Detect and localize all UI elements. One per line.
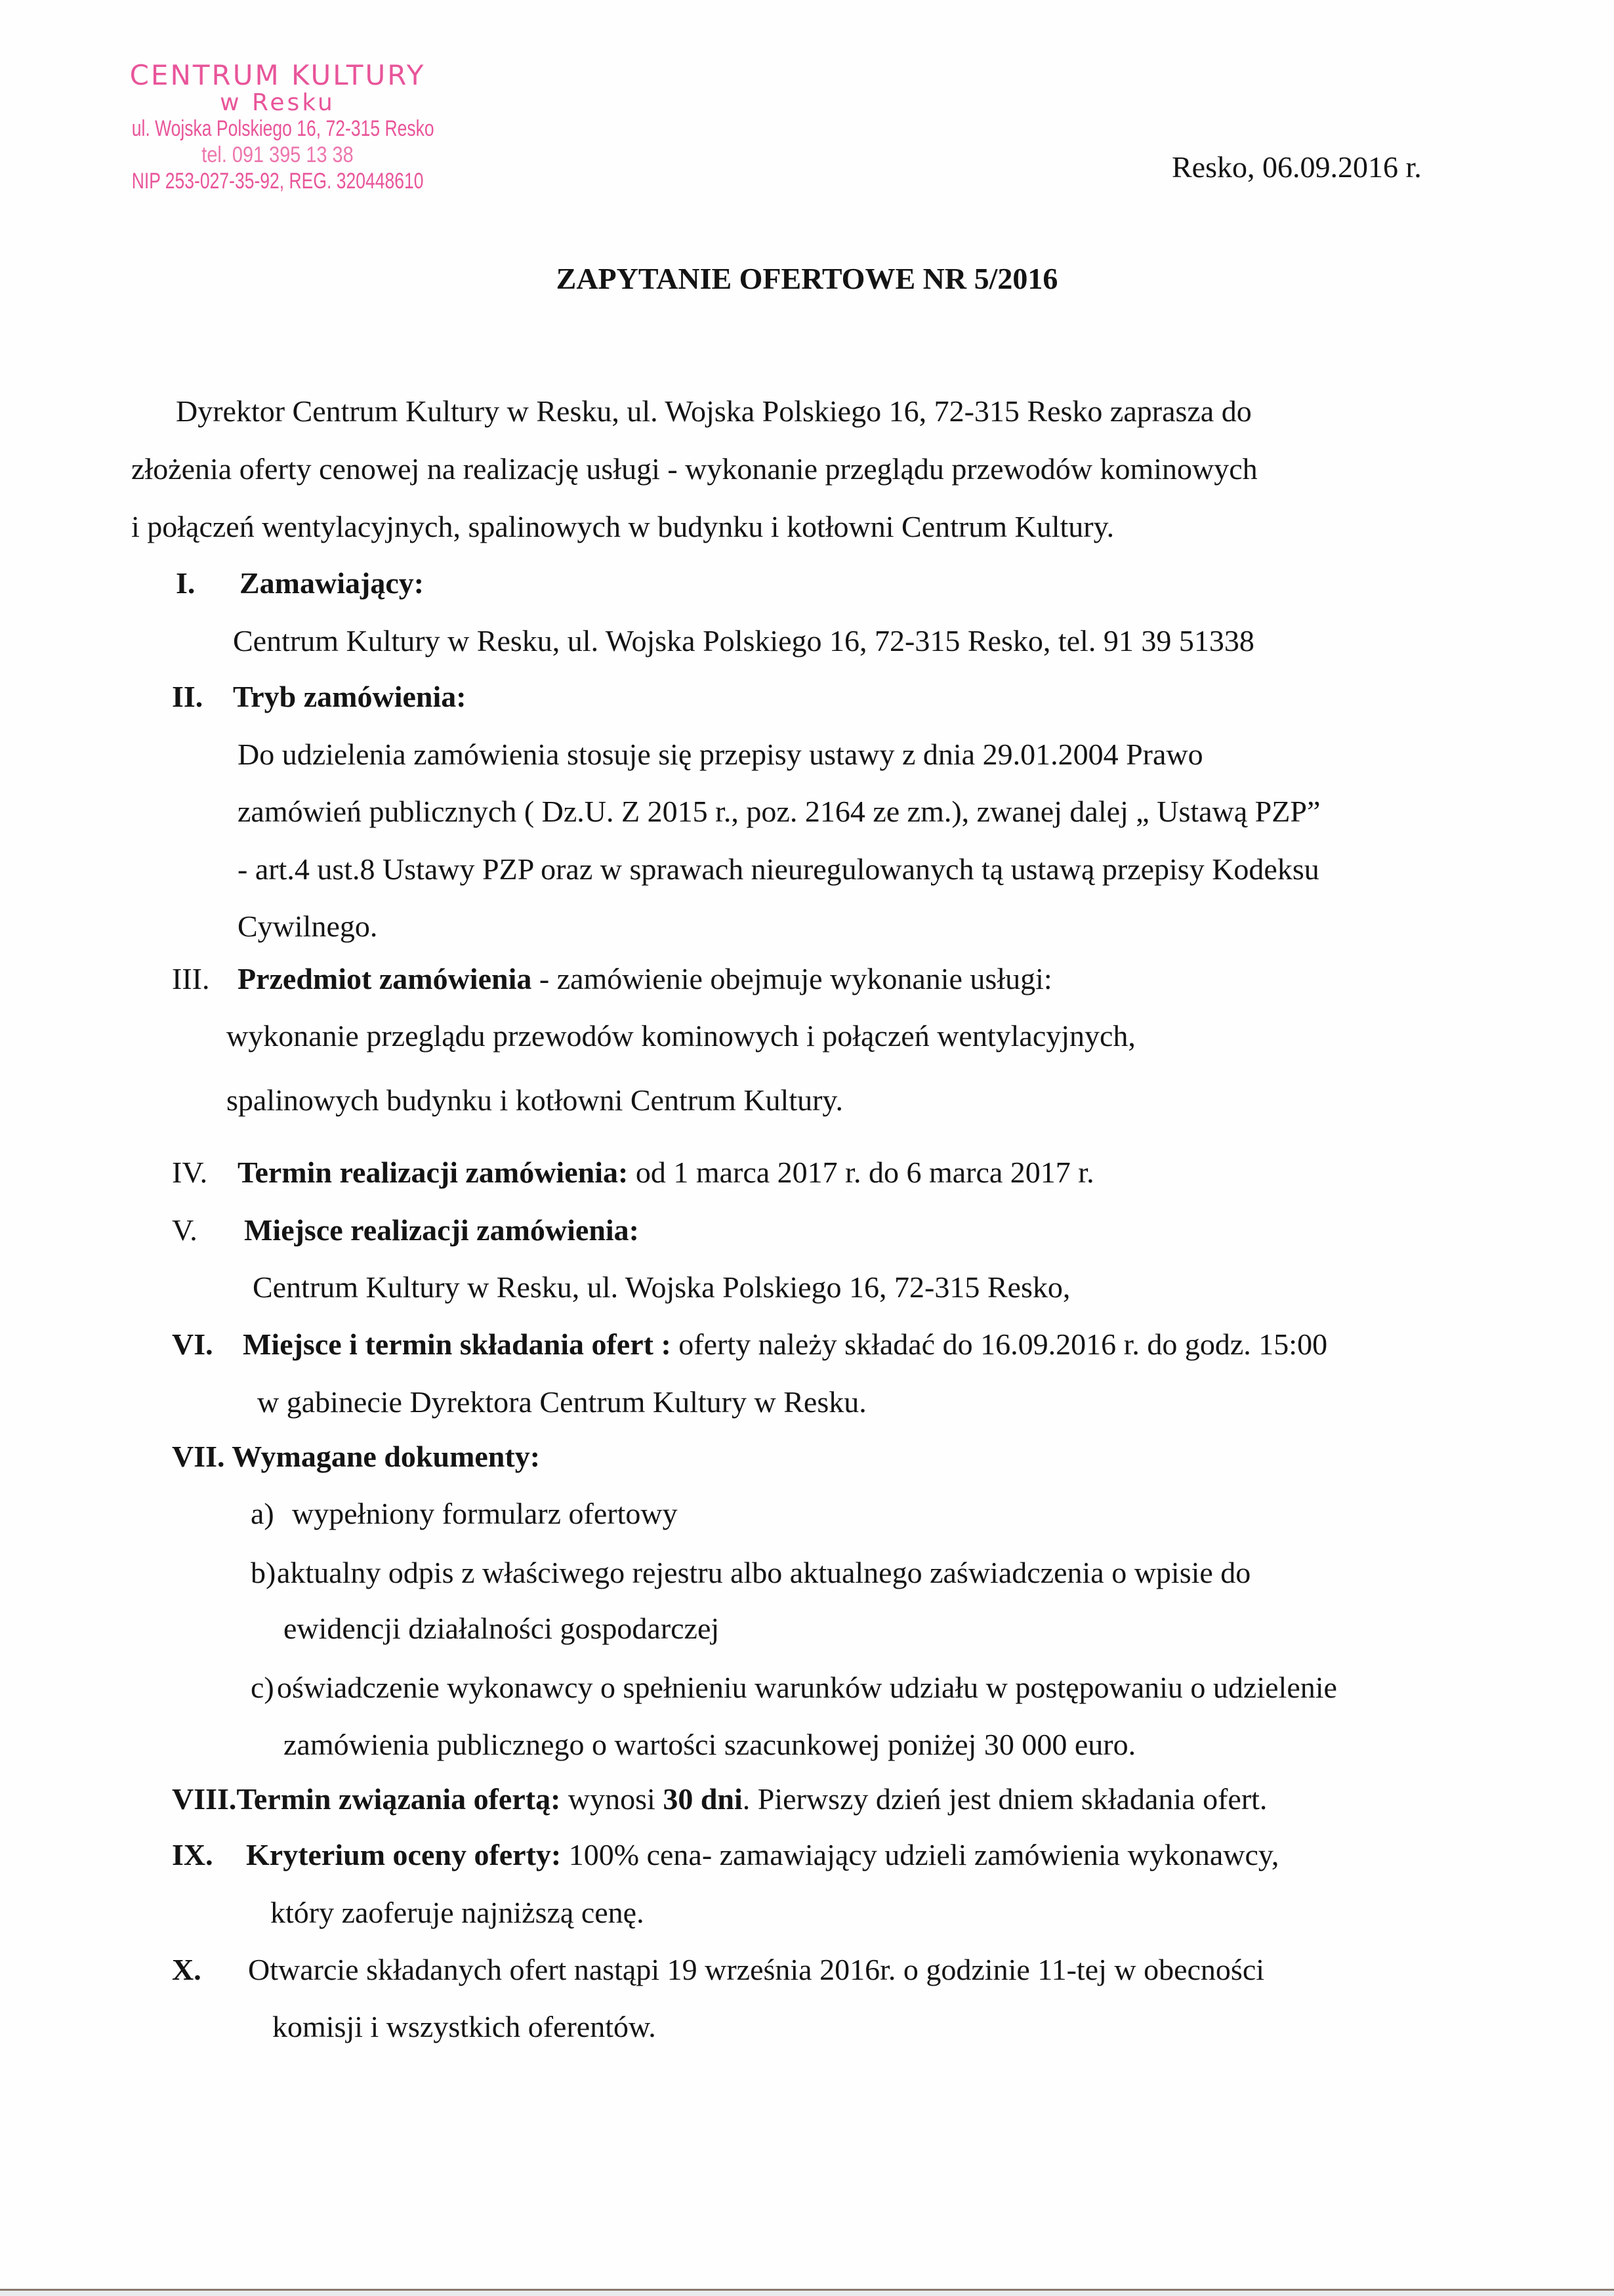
section-number: VII. [172, 1440, 225, 1473]
section-inline-text: wynosi [560, 1782, 663, 1816]
section-line: Miejsce i termin składania ofert : ofert… [243, 1327, 1327, 1362]
section-heading: Termin związania ofertą: [236, 1782, 560, 1816]
section-heading: Przedmiot zamówienia [238, 962, 531, 995]
section-number: VI. [172, 1327, 213, 1362]
section-number: V. [172, 1213, 197, 1247]
section-line: Centrum Kultury w Resku, ul. Wojska Pols… [233, 623, 1254, 658]
section-line: Centrum Kultury w Resku, ul. Wojska Pols… [253, 1270, 1070, 1305]
scan-bottom-edge [0, 2289, 1614, 2296]
section-number: I. [176, 566, 195, 600]
section-line: VIII.Termin związania ofertą: wynosi 30 … [172, 1782, 1267, 1816]
item-line: aktualny odpis z właściwego rejestru alb… [277, 1555, 1251, 1590]
section-inline-text: od 1 marca 2017 r. do 6 marca 2017 r. [628, 1156, 1094, 1189]
institution-stamp: CENTRUM KULTURY w Resku ul. Wojska Polsk… [91, 60, 465, 194]
section-line: zamówień publicznych ( Dz.U. Z 2015 r., … [238, 794, 1320, 829]
section-line: Kryterium oceny oferty: 100% cena- zamaw… [246, 1837, 1279, 1872]
section-number: IV. [172, 1155, 207, 1190]
section-line: VII. Wymagane dokumenty: [172, 1439, 540, 1474]
section-line: Termin realizacji zamówienia: od 1 marca… [238, 1155, 1094, 1190]
item-label: a) [251, 1496, 274, 1531]
stamp-line: ul. Wojska Polskiego 16, 72-315 Resko [132, 115, 424, 142]
section-inline-text: oferty należy składać do 16.09.2016 r. d… [671, 1327, 1327, 1361]
item-line: oświadczenie wykonawcy o spełnieniu waru… [277, 1670, 1337, 1705]
section-heading: Zamawiający: [239, 566, 424, 600]
intro-line: złożenia oferty cenowej na realizację us… [131, 451, 1258, 486]
document-page: CENTRUM KULTURY w Resku ul. Wojska Polsk… [0, 0, 1614, 2296]
section-number: X. [172, 1952, 201, 1987]
section-line: Do udzielenia zamówienia stosuje się prz… [238, 737, 1203, 772]
section-number: VIII. [172, 1782, 236, 1816]
section-heading: Miejsce realizacji zamówienia: [244, 1213, 639, 1247]
section-line: komisji i wszystkich oferentów. [272, 2009, 656, 2044]
binding-period: 30 dni [663, 1782, 742, 1816]
item-label: b) [251, 1555, 276, 1590]
section-line: który zaoferuje najniższą cenę. [270, 1895, 644, 1930]
section-heading: Kryterium oceny oferty: [246, 1838, 561, 1871]
section-heading: Miejsce i termin składania ofert : [243, 1327, 671, 1361]
section-line: - art.4 ust.8 Ustawy PZP oraz w sprawach… [238, 852, 1319, 887]
place-date: Resko, 06.09.2016 r. [1172, 150, 1422, 184]
stamp-line: tel. 091 395 13 38 [119, 142, 437, 168]
section-inline-text: . Pierwszy dzień jest dniem składania of… [743, 1782, 1268, 1816]
section-heading: Termin realizacji zamówienia: [238, 1156, 628, 1189]
section-number: IX. [172, 1837, 213, 1872]
section-number: III. [172, 961, 209, 996]
stamp-line: NIP 253-027-35-92, REG. 320448610 [132, 168, 424, 194]
document-title: ZAPYTANIE OFERTOWE NR 5/2016 [0, 261, 1614, 296]
section-line: w gabinecie Dyrektora Centrum Kultury w … [257, 1385, 867, 1419]
section-inline-text: - zamówienie obejmuje wykonanie usługi: [531, 962, 1052, 995]
section-heading: Tryb zamówienia: [233, 679, 466, 714]
section-line: Otwarcie składanych ofert nastąpi 19 wrz… [248, 1952, 1264, 1987]
section-line: spalinowych budynku i kotłowni Centrum K… [226, 1083, 843, 1117]
intro-line: i połączeń wentylacyjnych, spalinowych w… [131, 509, 1114, 544]
section-line: Cywilnego. [238, 909, 377, 944]
section-line: wykonanie przeglądu przewodów kominowych… [226, 1018, 1136, 1053]
item-line: zamówienia publicznego o wartości szacun… [283, 1727, 1136, 1762]
item-line: ewidencji działalności gospodarczej [283, 1611, 719, 1646]
section-heading: Wymagane dokumenty: [232, 1440, 540, 1473]
section-inline-text: 100% cena- zamawiający udzieli zamówieni… [561, 1838, 1279, 1871]
item-label: c) [251, 1670, 274, 1705]
stamp-line: CENTRUM KULTURY [91, 60, 465, 91]
section-line: Przedmiot zamówienia - zamówienie obejmu… [238, 961, 1052, 996]
section-number: II. [172, 679, 203, 714]
item-line: wypełniony formularz ofertowy [292, 1496, 678, 1531]
intro-line: Dyrektor Centrum Kultury w Resku, ul. Wo… [176, 394, 1252, 428]
stamp-line: w Resku [91, 91, 465, 115]
